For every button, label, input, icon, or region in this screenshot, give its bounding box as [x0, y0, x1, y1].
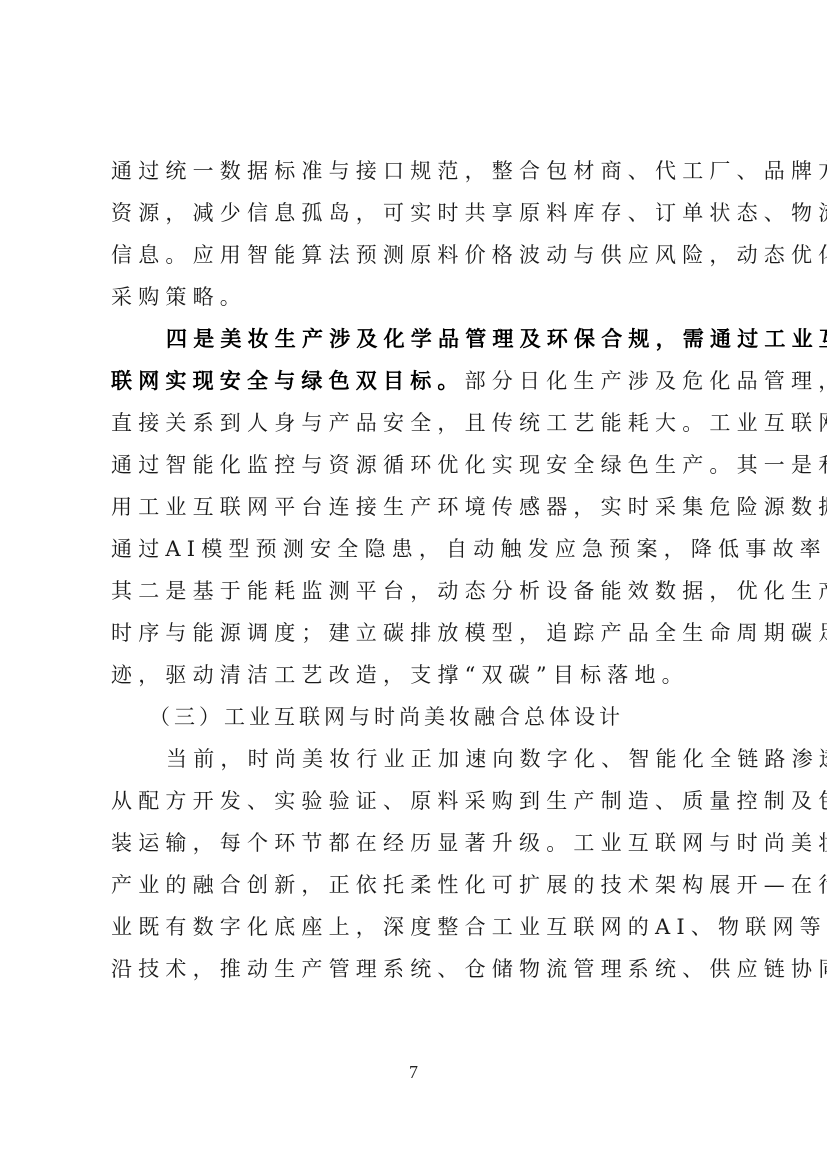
text-line: 通过统一数据标准与接口规范，整合包材商、代工厂、品牌方	[111, 150, 722, 192]
bold-lead-sentence: 四是美妆生产涉及化学品管理及环保合规，需通过工业互	[111, 318, 722, 360]
text-line: 时序与能源调度；建立碳排放模型，追踪产品全生命周期碳足	[111, 612, 722, 654]
text-line: 装运输，每个环节都在经历显著升级。工业互联网与时尚美妆	[111, 822, 722, 864]
text-line: 沿技术，推动生产管理系统、仓储物流管理系统、供应链协同	[111, 948, 722, 990]
bold-lead-sentence-end: 联网实现安全与绿色双目标。	[111, 368, 465, 393]
text-line: 通过智能化监控与资源循环优化实现安全绿色生产。其一是利	[111, 444, 722, 486]
paragraph-supply-chain: 通过统一数据标准与接口规范，整合包材商、代工厂、品牌方 资源，减少信息孤岛，可实…	[111, 150, 722, 318]
text-line: 用工业互联网平台连接生产环境传感器，实时采集危险源数据；	[111, 486, 722, 528]
text-line: 当前，时尚美妆行业正加速向数字化、智能化全链路渗透，	[111, 738, 722, 780]
document-page: 通过统一数据标准与接口规范，整合包材商、代工厂、品牌方 资源，减少信息孤岛，可实…	[0, 0, 827, 1169]
text-span: 部分日化生产涉及危化品管理，	[465, 369, 827, 393]
body-text: 通过统一数据标准与接口规范，整合包材商、代工厂、品牌方 资源，减少信息孤岛，可实…	[111, 150, 722, 990]
page-number: 7	[0, 1062, 827, 1083]
text-line: 其二是基于能耗监测平台，动态分析设备能效数据，优化生产	[111, 570, 722, 612]
text-line: 资源，减少信息孤岛，可实时共享原料库存、订单状态、物流	[111, 192, 722, 234]
text-line: 信息。应用智能算法预测原料价格波动与供应风险，动态优化	[111, 234, 722, 276]
text-line: 通过AI模型预测安全隐患，自动触发应急预案，降低事故率。	[111, 528, 722, 570]
text-line: 从配方开发、实验验证、原料采购到生产制造、质量控制及包	[111, 780, 722, 822]
text-line: 直接关系到人身与产品安全，且传统工艺能耗大。工业互联网	[111, 402, 722, 444]
text-line: 业既有数字化底座上，深度整合工业互联网的AI、物联网等前	[111, 906, 722, 948]
text-line: 采购策略。	[111, 276, 722, 318]
paragraph-overall-design: 当前，时尚美妆行业正加速向数字化、智能化全链路渗透， 从配方开发、实验验证、原料…	[111, 738, 722, 990]
text-line: 联网实现安全与绿色双目标。部分日化生产涉及危化品管理，	[111, 360, 722, 402]
section-heading: （三）工业互联网与时尚美妆融合总体设计	[111, 696, 722, 738]
paragraph-safety-green: 四是美妆生产涉及化学品管理及环保合规，需通过工业互 联网实现安全与绿色双目标。部…	[111, 318, 722, 696]
text-line: 产业的融合创新，正依托柔性化可扩展的技术架构展开—在行	[111, 864, 722, 906]
text-line: 迹，驱动清洁工艺改造，支撑“双碳”目标落地。	[111, 654, 722, 696]
